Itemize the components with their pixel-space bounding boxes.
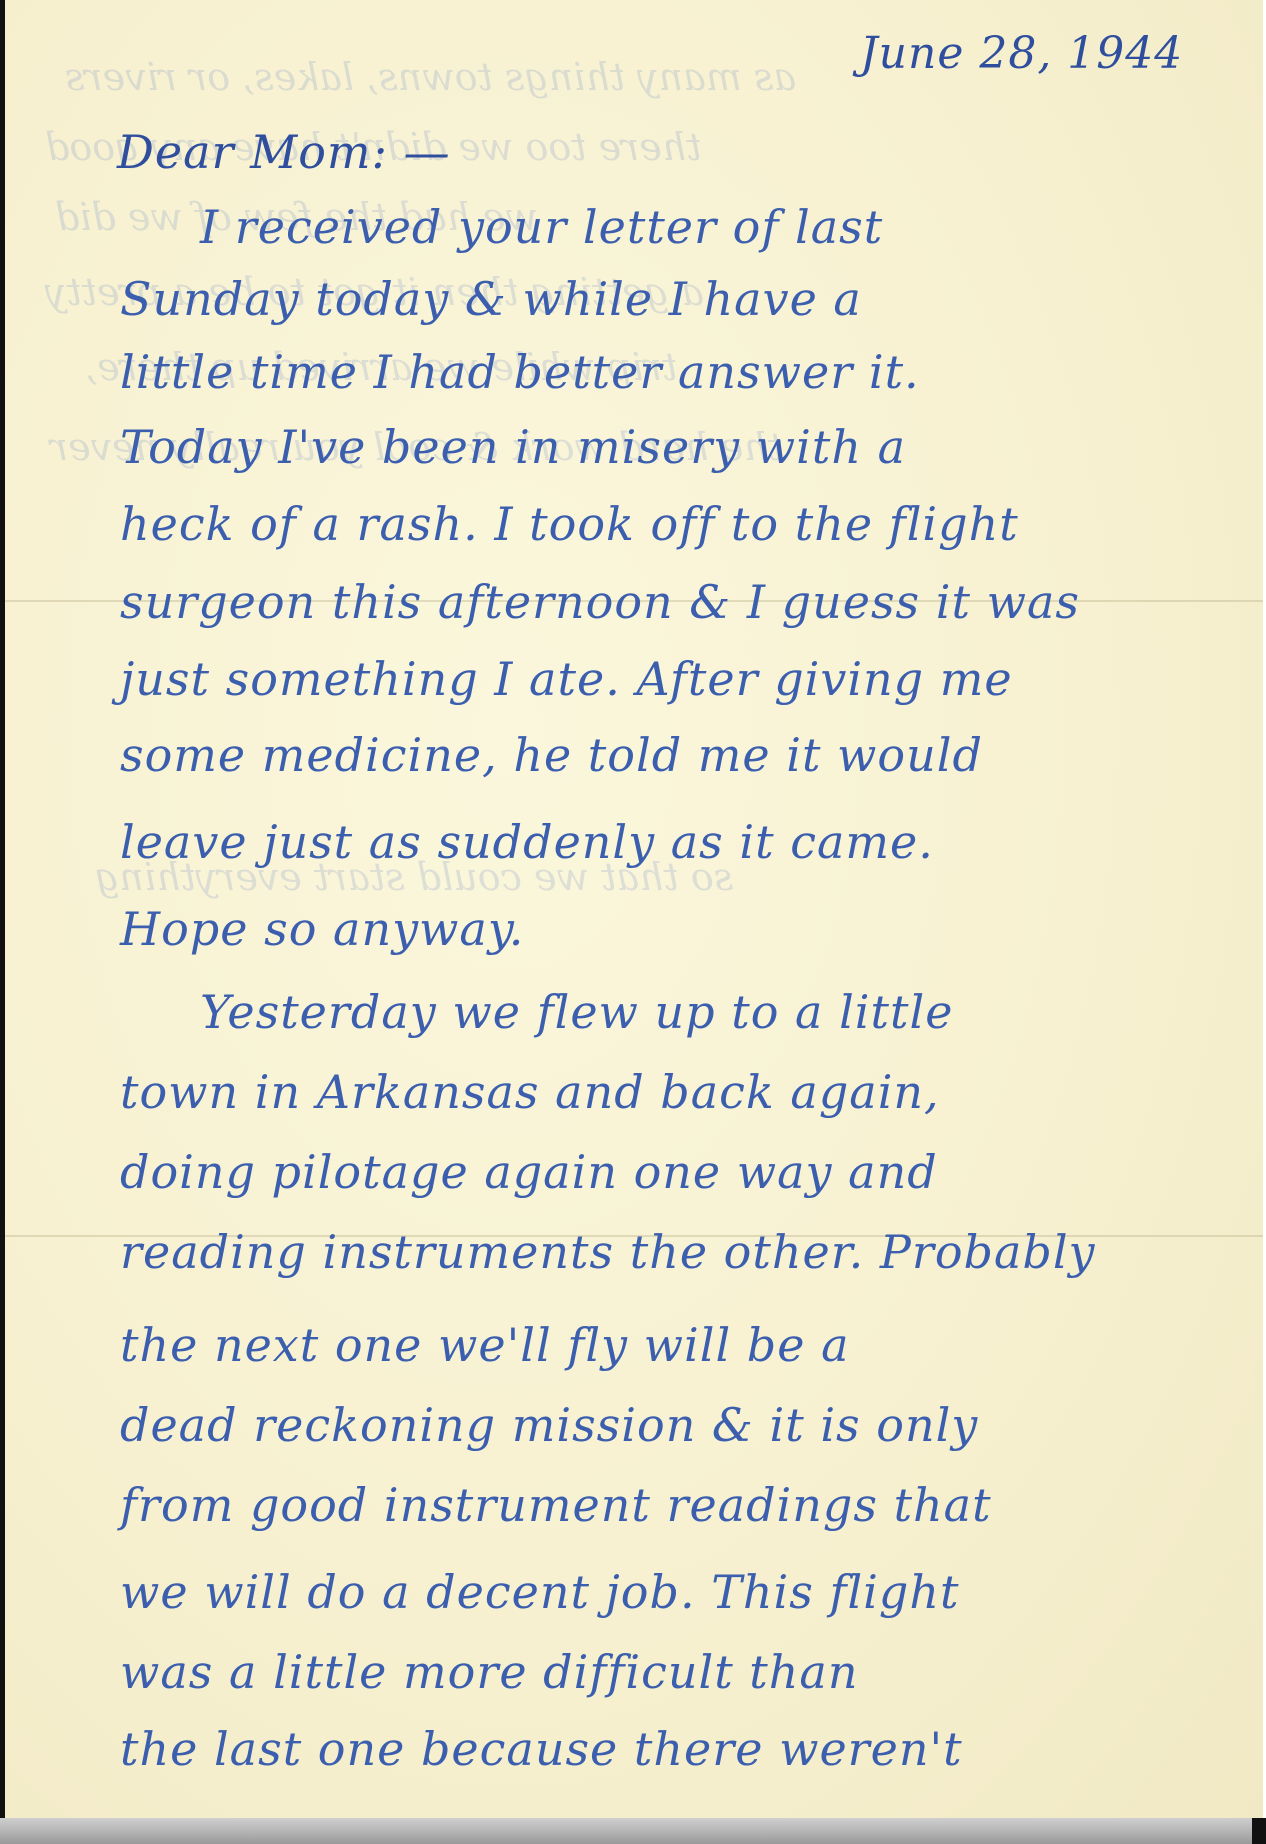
letter-salutation: Dear Mom: —: [117, 125, 451, 179]
letter-line: heck of a rash. I took off to the flight: [120, 497, 1019, 551]
letter-line: was a little more difficult than: [120, 1645, 858, 1699]
letter-line: the last one because there weren't: [120, 1722, 963, 1776]
letter-line: I received your letter of last: [200, 200, 883, 254]
letter-line: from good instrument readings that: [120, 1478, 992, 1532]
scan-border-bottom: [0, 1818, 1266, 1844]
letter-paper: as many things towns, lakes, or rivers t…: [5, 0, 1263, 1818]
scanned-letter-page: as many things towns, lakes, or rivers t…: [0, 0, 1266, 1844]
letter-line: some medicine, he told me it would: [120, 728, 983, 782]
letter-line: Sunday today & while I have a: [120, 272, 862, 326]
letter-line: just something I ate. After giving me: [120, 652, 1013, 706]
letter-line: town in Arkansas and back again,: [120, 1065, 940, 1119]
letter-line: leave just as suddenly as it came.: [120, 815, 934, 869]
letter-line: little time I had better answer it.: [120, 345, 920, 399]
letter-line: Today I've been in misery with a: [120, 420, 906, 474]
bleed-through-text: as many things towns, lakes, or rivers: [65, 55, 796, 99]
letter-date: June 28, 1944: [860, 28, 1183, 79]
letter-line: doing pilotage again one way and: [120, 1145, 938, 1199]
letter-line: surgeon this afternoon & I guess it was: [120, 575, 1080, 629]
scan-border-corner: [1252, 1818, 1266, 1844]
letter-line: the next one we'll fly will be a: [120, 1318, 850, 1372]
letter-line: reading instruments the other. Probably: [120, 1225, 1096, 1279]
letter-line: Hope so anyway.: [120, 902, 524, 956]
letter-line: Yesterday we flew up to a little: [200, 985, 953, 1039]
letter-line: we will do a decent job. This flight: [120, 1565, 959, 1619]
letter-line: dead reckoning mission & it is only: [120, 1398, 978, 1452]
